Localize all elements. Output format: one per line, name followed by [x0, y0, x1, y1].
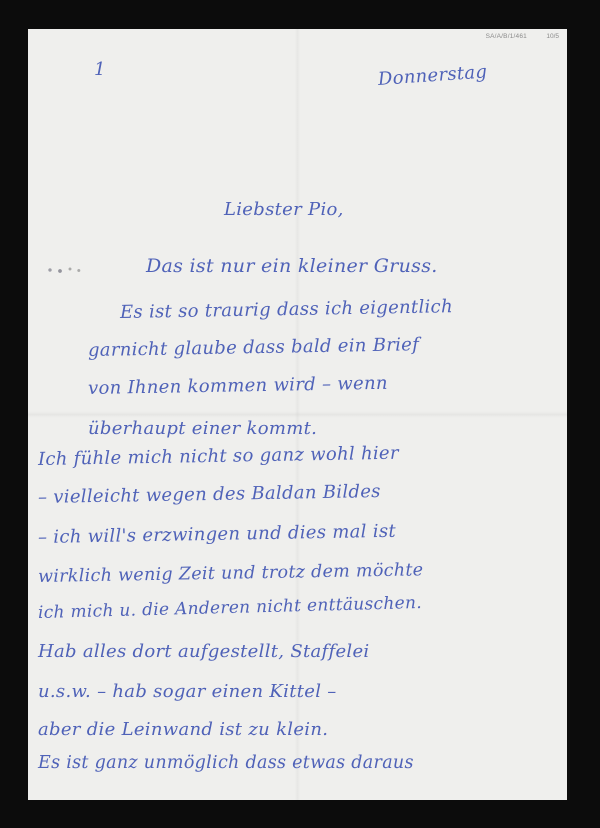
letter-line: u.s.w. – hab sogar einen Kittel –	[38, 681, 337, 702]
letter-line: Das ist nur ein kleiner Gruss.	[146, 255, 438, 277]
letter-line: – vielleicht wegen des Baldan Bildes	[38, 481, 381, 508]
sheet-reference: 10/5	[546, 33, 559, 40]
letter-line: aber die Leinwand ist zu klein.	[38, 719, 328, 740]
letter-line: Es ist ganz unmöglich dass etwas daraus	[38, 753, 414, 773]
letter-line: von Ihnen kommen wird – wenn	[88, 373, 388, 399]
page-number: 1	[94, 59, 106, 80]
letter-date: Donnerstag	[377, 61, 488, 90]
letter-line: Hab alles dort aufgestellt, Staffelei	[38, 641, 369, 662]
letter-line: ich mich u. die Anderen nicht enttäusche…	[38, 593, 422, 623]
salutation: Liebster Pio,	[224, 199, 344, 220]
letter-line: Ich fühle mich nicht so ganz wohl hier	[38, 443, 399, 470]
letter-line: überhaupt einer kommt.	[88, 418, 317, 439]
ink-smudge	[42, 265, 82, 275]
archive-reference: SA/A/B/1/461	[486, 33, 527, 40]
letter-page: SA/A/B/1/461 10/5 1 Donnerstag Liebster …	[28, 29, 567, 800]
letter-line: Es ist so traurig dass ich eigentlich	[120, 296, 453, 323]
letter-line: – ich will's erzwingen und dies mal ist	[38, 521, 396, 548]
letter-line: garnicht glaube dass bald ein Brief	[88, 334, 419, 361]
letter-line: wirklich wenig Zeit und trotz dem möchte	[38, 560, 424, 587]
